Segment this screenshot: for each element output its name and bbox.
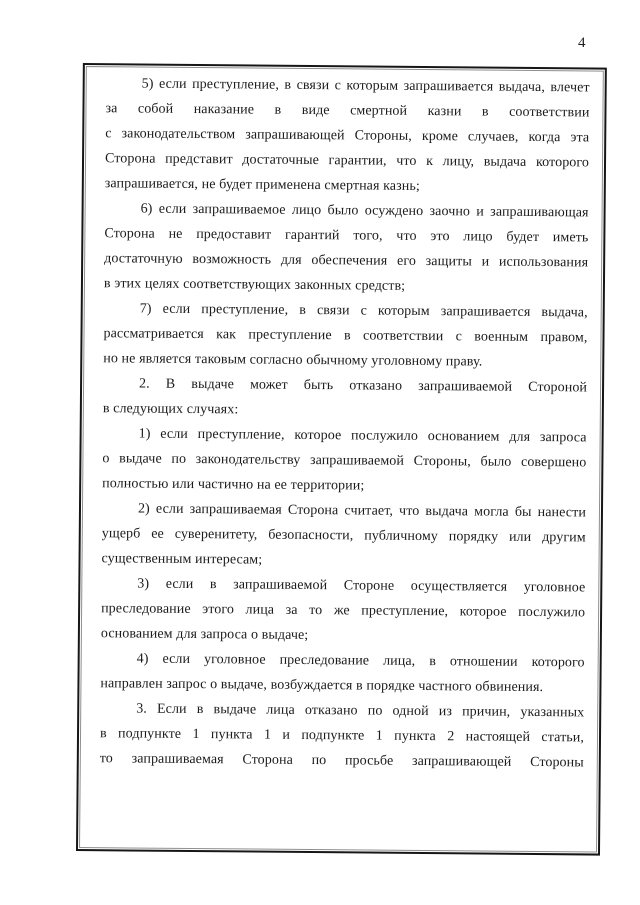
paragraph-subpoint-5: 5) если преступление, в связи с которым …: [105, 71, 590, 200]
text-line: то запрашиваемая Сторона по просьбе запр…: [100, 746, 584, 775]
page-number: 4: [578, 35, 586, 52]
page-border-frame: 5) если преступление, в связи с которым …: [76, 63, 607, 856]
paragraph-subpoint-1: 1) если преступление, которое послужило …: [102, 421, 587, 500]
paragraph-subpoint-4: 4) если уголовное преследование лица, в …: [100, 646, 584, 700]
paragraph-subpoint-6: 6) если запрашиваемое лицо было осуждено…: [104, 196, 589, 300]
document-text: 5) если преступление, в связи с которым …: [100, 71, 590, 775]
paragraph-subpoint-7: 7) если преступление, в связи с которым …: [103, 296, 588, 375]
paragraph-point-2: 2. В выдаче может быть отказано запрашив…: [103, 371, 587, 425]
paragraph-point-3: 3. Если в выдаче лица отказано по одной …: [100, 696, 585, 775]
paragraph-subpoint-2: 2) если запрашиваемая Сторона считает, ч…: [101, 496, 586, 575]
scanned-document-page: 4 5) если преступление, в связи с которы…: [0, 0, 640, 905]
paragraph-subpoint-3: 3) если в запрашиваемой Стороне осуществ…: [101, 571, 586, 650]
